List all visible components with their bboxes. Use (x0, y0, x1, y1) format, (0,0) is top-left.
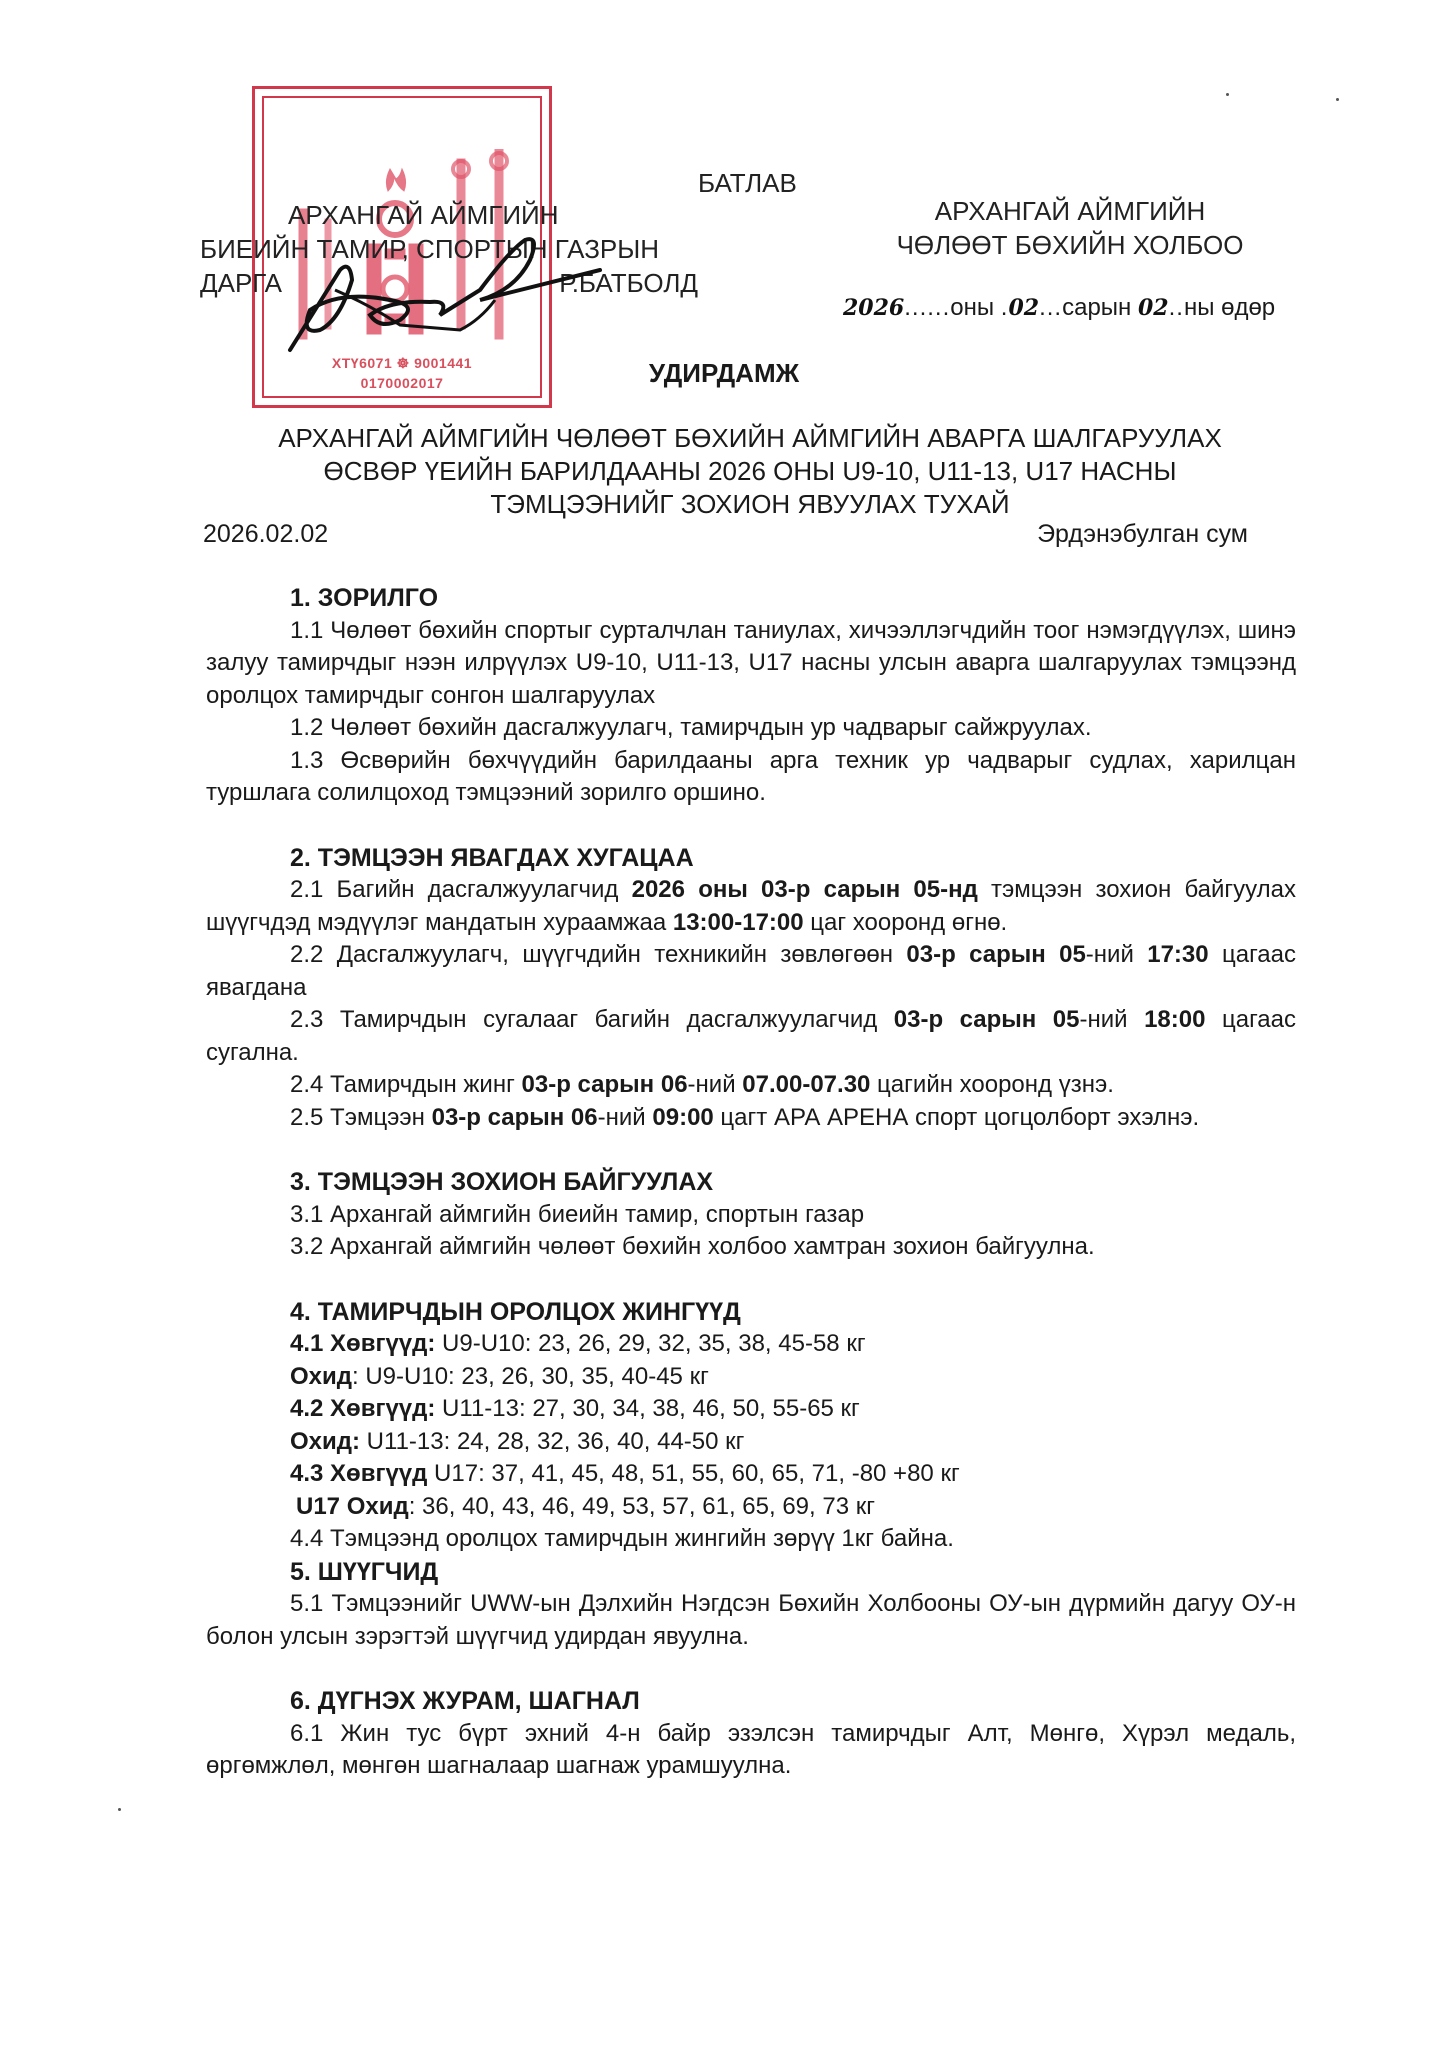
date-day-handwritten: 02 (1138, 295, 1169, 321)
title-line: АРХАНГАЙ АЙМГИЙН ЧӨЛӨӨТ БӨХИЙН АЙМГИЙН А… (200, 422, 1300, 455)
document-meta: 2026.02.02 Эрдэнэбулган сум (203, 520, 1248, 549)
weight-class-row: 4.3 Хөвгүүд U17: 37, 41, 45, 48, 51, 55,… (206, 1458, 1296, 1491)
date-month-suffix: сарын (1062, 294, 1131, 321)
document-date: 2026.02.02 (203, 520, 328, 549)
paragraph: 1.2 Чөлөөт бөхийн дасгалжуулагч, тамирчд… (206, 712, 1296, 745)
section-heading: 5. ШҮҮГЧИД (206, 1556, 1296, 1589)
weight-class-row: Охид: U11-13: 24, 28, 32, 36, 40, 44-50 … (206, 1426, 1296, 1459)
scan-speck (118, 1808, 121, 1811)
weight-class-row: U17 Охид: 36, 40, 43, 46, 49, 53, 57, 61… (206, 1491, 1296, 1524)
left-signatory-position: ДАРГА (200, 266, 282, 300)
weight-class-row: 4.1 Хөвгүүд: U9-U10: 23, 26, 29, 32, 35,… (206, 1328, 1296, 1361)
paragraph: 4.4 Тэмцээнд оролцох тамирчдын жингийн з… (206, 1523, 1296, 1556)
approve-label: БАТЛАВ (698, 166, 797, 200)
approval-date-line: 2026......оны .02...сарын 02..ны өдөр (843, 294, 1275, 322)
paragraph: 2.3 Тамирчдын сугалааг багийн дасгалжуул… (206, 1004, 1296, 1069)
right-org-line1: АРХАНГАЙ АЙМГИЙН (860, 194, 1280, 228)
signature-icon (280, 230, 610, 370)
date-year-suffix: оны (950, 294, 994, 321)
scan-speck (1226, 93, 1229, 96)
paragraph: 3.1 Архангай аймгийн биеийн тамир, спорт… (206, 1199, 1296, 1232)
left-signatory-line1: АРХАНГАЙ АЙМГИЙН (200, 198, 720, 232)
weight-class-row: 4.2 Хөвгүүд: U11-13: 27, 30, 34, 38, 46,… (206, 1393, 1296, 1426)
paragraph: 3.2 Архангай аймгийн чөлөөт бөхийн холбо… (206, 1231, 1296, 1264)
paragraph: 2.4 Тамирчдын жинг 03-р сарын 06-ний 07.… (206, 1069, 1296, 1102)
paragraph: 1.3 Өсвөрийн бөхчүүдийн барилдааны арга … (206, 745, 1296, 810)
section-heading: 3. ТЭМЦЭЭН ЗОХИОН БАЙГУУЛАХ (206, 1166, 1296, 1199)
paragraph: 6.1 Жин тус бүрт эхний 4-н байр эзэлсэн … (206, 1718, 1296, 1783)
document-type: УДИРДАМЖ (0, 358, 1448, 389)
paragraph: 2.2 Дасгалжуулагч, шүүгчдийн техникийн з… (206, 939, 1296, 1004)
paragraph: 5.1 Тэмцээнийг UWW-ын Дэлхийн Нэгдсэн Бө… (206, 1588, 1296, 1653)
paragraph: 2.5 Тэмцээн 03-р сарын 06-ний 09:00 цагт… (206, 1102, 1296, 1135)
date-month-handwritten: 02 (1008, 295, 1039, 321)
document-place: Эрдэнэбулган сум (1037, 520, 1248, 549)
weight-class-row: Охид: U9-U10: 23, 26, 30, 35, 40-45 кг (206, 1361, 1296, 1394)
paragraph: 1.1 Чөлөөт бөхийн спортыг сурталчлан тан… (206, 615, 1296, 713)
scan-speck (1336, 98, 1339, 101)
document-body: 1. ЗОРИЛГО 1.1 Чөлөөт бөхийн спортыг сур… (206, 582, 1296, 1783)
section-heading: 2. ТЭМЦЭЭН ЯВАГДАХ ХУГАЦАА (206, 842, 1296, 875)
section-heading: 6. ДҮГНЭХ ЖУРАМ, ШАГНАЛ (206, 1685, 1296, 1718)
paragraph: 2.1 Багийн дасгалжуулагчид 2026 оны 03-р… (206, 874, 1296, 939)
right-organization: АРХАНГАЙ АЙМГИЙН ЧӨЛӨӨТ БӨХИЙН ХОЛБОО (860, 194, 1280, 262)
section-heading: 4. ТАМИРЧДЫН ОРОЛЦОХ ЖИНГҮҮД (206, 1296, 1296, 1329)
title-line: ТЭМЦЭЭНИЙГ ЗОХИОН ЯВУУЛАХ ТУХАЙ (200, 488, 1300, 521)
title-line: ӨСВӨР ҮЕИЙН БАРИЛДААНЫ 2026 ОНЫ U9-10, U… (200, 455, 1300, 488)
document-title: АРХАНГАЙ АЙМГИЙН ЧӨЛӨӨТ БӨХИЙН АЙМГИЙН А… (200, 422, 1300, 521)
section-heading: 1. ЗОРИЛГО (206, 582, 1296, 615)
date-year-handwritten: 2026 (843, 295, 904, 321)
date-day-suffix: ны өдөр (1184, 294, 1275, 321)
right-org-line2: ЧӨЛӨӨТ БӨХИЙН ХОЛБОО (860, 228, 1280, 262)
